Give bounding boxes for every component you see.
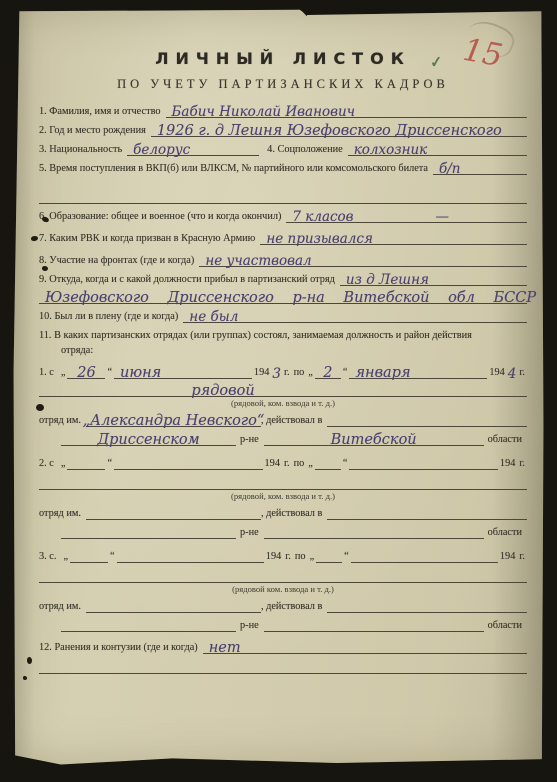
entry1-month2-line: января xyxy=(349,368,487,379)
entry2-month-line xyxy=(114,456,262,470)
form-content: ЛИЧНЫЙ ЛИСТОК ПО УЧЕТУ ПАРТИЗАНСКИХ КАДР… xyxy=(13,9,544,766)
field-units-intro: 11. В каких партизанских отрядах (или гр… xyxy=(39,330,527,342)
field-party-label: 5. Время поступления в ВКП(б) или ВЛКСМ,… xyxy=(39,163,433,175)
entry2-year-printed: 194 xyxy=(263,458,282,470)
entry2-month xyxy=(114,453,126,469)
entry2-acted-label: , действовал в xyxy=(261,508,327,520)
field-education-line: 7 класов — xyxy=(286,212,527,223)
entry1-number: 1. с xyxy=(39,367,59,379)
field-captivity: 10. Был ли в плену (где и когда) не был xyxy=(39,311,527,323)
entry2-unit-line xyxy=(86,519,261,520)
open-quote: „ xyxy=(59,367,68,379)
field-wounds-value: нет xyxy=(203,643,247,653)
entry2-number: 2. с xyxy=(39,458,59,470)
entry3-date-row: 3. с. „ “ 194г. по „ “ 194г. xyxy=(39,549,527,563)
field-units-intro-text: 11. В каких партизанских отрядах (или гр… xyxy=(39,330,472,342)
field-draft-line: не призывался xyxy=(260,234,527,245)
entry3-district-row: р-не области xyxy=(39,620,527,632)
entry2-unit-row: отряд им. , действовал в xyxy=(39,508,527,520)
entry2-day-line xyxy=(67,469,105,470)
entry3-month2-line xyxy=(351,549,498,563)
close-quote: “ xyxy=(341,458,350,470)
entry3-unit-line xyxy=(86,612,261,613)
entry1-unit-name: „Александра Невского“ xyxy=(77,416,271,426)
field-nationality-social: 3. Национальность белорус 4. Соцположени… xyxy=(39,144,527,156)
entry3-rank-line xyxy=(39,570,527,583)
entry3-district-line xyxy=(61,631,236,632)
entry1-acted-line xyxy=(327,426,527,427)
field-nationality-label: 3. Национальность xyxy=(39,144,127,156)
entry3-rank-row xyxy=(39,570,527,583)
field-education-value: 7 класов xyxy=(286,212,359,222)
field-party-line: б/п xyxy=(433,164,527,175)
field-surname-label: 1. Фамилия, имя и отчество xyxy=(39,106,166,118)
form-subtitle: ПО УЧЕТУ ПАРТИЗАНСКИХ КАДРОВ xyxy=(39,77,527,92)
entry2-district-row: р-не области xyxy=(39,527,527,539)
field-captivity-line: не был xyxy=(183,312,527,323)
form-page: ✓ 15 ЛИЧНЫЙ ЛИСТОК ПО УЧЕТУ ПАРТИЗАНСКИХ… xyxy=(13,9,544,766)
field-draft-label: 7. Каким РВК и когда призван в Красную А… xyxy=(39,233,260,245)
close-quote: “ xyxy=(341,367,350,379)
form-title: ЛИЧНЫЙ ЛИСТОК xyxy=(39,49,527,68)
entry1-region-line: Витебской xyxy=(264,435,484,446)
entry2-year-g: г. xyxy=(282,458,292,470)
close-quote: “ xyxy=(105,458,114,470)
entry2-rank-line xyxy=(39,477,527,490)
entry1-day2-line: 2 xyxy=(315,368,341,379)
punch-hole xyxy=(23,676,27,680)
scanned-document: { "header": { "check_mark": "✓", "page_n… xyxy=(0,0,557,782)
field-party: 5. Время поступления в ВКП(б) или ВЛКСМ,… xyxy=(39,163,527,175)
entry1-date-row: 1. с „ 26 “ июня 1943г. по „ 2 “ января … xyxy=(39,367,527,379)
field-fronts-value: не участвовал xyxy=(199,256,317,266)
entry2-month2 xyxy=(349,453,361,469)
entry1-year2-hw: 4 xyxy=(507,369,518,379)
open-quote: „ xyxy=(59,458,68,470)
entry2-rank xyxy=(39,474,51,490)
entry3-unit-label: отряд им. xyxy=(39,601,86,613)
entry2-year2-g: г. xyxy=(517,458,527,470)
field-captivity-value: не был xyxy=(183,312,244,322)
field-birth-label: 2. Год и место рождения xyxy=(39,125,151,137)
field-surname-line: Бабич Николай Иванович xyxy=(166,107,527,118)
field-origin-line: из д Лешня xyxy=(340,275,527,286)
field-fronts-label: 8. Участие на фронтах (где и когда) xyxy=(39,255,199,267)
entry1-year2-g: г. xyxy=(517,367,527,379)
entry2-acted-line xyxy=(327,519,527,520)
entry1-year-g: г. xyxy=(282,367,292,379)
field-origin-line2: Юзефовского Дриссенского р-на Витебской … xyxy=(39,293,527,304)
entry2-date-row: 2. с „ “ 194г. по „ “ 194г. xyxy=(39,456,527,470)
field-origin-value2: Юзефовского Дриссенского р-на Витебской … xyxy=(39,293,542,303)
close-quote: “ xyxy=(105,367,114,379)
field-captivity-label: 10. Был ли в плену (где и когда) xyxy=(39,311,183,323)
field-social-value: колхозник xyxy=(348,145,434,155)
field-education: 6. Образование: общее и военное (что и к… xyxy=(39,211,527,223)
field-party-value: б/п xyxy=(433,164,466,174)
entry3-po: по xyxy=(293,551,308,563)
entry1-month: июня xyxy=(114,368,167,378)
field-origin: 9. Откуда, когда и с какой должности при… xyxy=(39,274,527,286)
entry1-month-line: июня xyxy=(114,368,252,379)
entry2-unit-label: отряд им. xyxy=(39,508,86,520)
close-quote: “ xyxy=(342,551,351,563)
field-origin-value: из д Лешня xyxy=(340,275,435,285)
entry1-rank: рядовой xyxy=(185,386,260,396)
entry1-district-row: Дриссенском р-не Витебской области xyxy=(39,434,527,446)
field-party-continuation-line xyxy=(39,191,527,204)
entry1-region-label: области xyxy=(484,434,527,446)
entry3-acted-label: , действовал в xyxy=(261,601,327,613)
entry3-region-line xyxy=(264,631,484,632)
entry1-month2: января xyxy=(349,368,416,378)
field-draft-value: не призывался xyxy=(260,234,379,244)
field-birth: 2. Год и место рождения 1926 г. д Лешня … xyxy=(39,125,527,137)
field-education-label: 6. Образование: общее и военное (что и к… xyxy=(39,211,286,223)
field-surname: 1. Фамилия, имя и отчество Бабич Николай… xyxy=(39,106,527,118)
entry1-day-line: 26 xyxy=(67,368,105,379)
pin-mark xyxy=(36,404,44,411)
entry1-year-printed: 194 xyxy=(252,367,271,379)
open-quote: „ xyxy=(306,367,315,379)
entry1-district: Дриссенском xyxy=(91,435,205,445)
entry1-year2-printed: 194 xyxy=(487,367,506,379)
entry3-number: 3. с. xyxy=(39,551,61,563)
field-fronts-line: не участвовал xyxy=(199,256,527,267)
open-quote: „ xyxy=(308,551,317,563)
entry3-district-label: р-не xyxy=(236,620,264,632)
open-quote: „ xyxy=(61,551,70,563)
entry3-year2-printed: 194 xyxy=(498,551,517,563)
field-birth-value: 1926 г. д Лешня Юзефовского Дриссенского xyxy=(151,126,508,136)
entry3-month xyxy=(117,546,129,562)
entry3-rank xyxy=(39,567,51,583)
entry3-year-printed: 194 xyxy=(264,551,283,563)
field-social-line: колхозник xyxy=(348,145,527,156)
blank-line xyxy=(39,191,527,204)
entry2-district-line xyxy=(61,538,236,539)
entry1-district-label: р-не xyxy=(236,434,264,446)
entry1-day2: 2 xyxy=(317,368,338,378)
entry2-month2-line xyxy=(349,456,497,470)
entry1-po: по xyxy=(292,367,307,379)
field-social-label: 4. Соцположение xyxy=(259,144,348,156)
blank-line xyxy=(39,661,527,674)
entry3-month2 xyxy=(351,546,363,562)
field-nationality-value: белорус xyxy=(127,145,196,155)
field-wounds-continuation-line xyxy=(39,661,527,674)
entry1-district-line: Дриссенском xyxy=(61,435,236,446)
field-education-dash: — xyxy=(430,212,456,222)
field-fronts: 8. Участие на фронтах (где и когда) не у… xyxy=(39,255,527,267)
field-units-intro2-text: отряда: xyxy=(61,345,93,357)
open-quote: „ xyxy=(306,458,315,470)
entry2-rank-hint: (рядовой, ком. взвода и т. д.) xyxy=(39,492,527,501)
entry3-year-g: г. xyxy=(283,551,293,563)
entry1-rank-line: рядовой xyxy=(39,386,527,397)
entry2-day2-line xyxy=(315,469,341,470)
entry1-day: 26 xyxy=(71,368,101,378)
entry2-rank-row xyxy=(39,477,527,490)
entry3-rank-hint: (рядовой ком. взвода и т. д.) xyxy=(39,585,527,594)
field-origin-label: 9. Откуда, когда и с какой должности при… xyxy=(39,274,340,286)
form-fields: 1. Фамилия, имя и отчество Бабич Николай… xyxy=(39,106,527,674)
entry1-region: Витебской xyxy=(325,435,423,445)
entry3-month-line xyxy=(117,549,264,563)
punch-hole xyxy=(42,266,48,271)
field-origin-line2-rule: Юзефовского Дриссенского р-на Витебской … xyxy=(39,293,527,304)
entry3-region-label: области xyxy=(484,620,527,632)
entry2-year2-printed: 194 xyxy=(498,458,517,470)
entry1-unit-line: „Александра Невского“ xyxy=(86,416,261,427)
entry1-rank-row: рядовой xyxy=(39,386,527,397)
entry2-po: по xyxy=(292,458,307,470)
punch-hole xyxy=(27,657,32,664)
entry1-unit-row: отряд им. „Александра Невского“ , действ… xyxy=(39,415,527,427)
close-quote: “ xyxy=(108,551,117,563)
entry1-year-hw: 3 xyxy=(271,369,282,379)
field-draft: 7. Каким РВК и когда призван в Красную А… xyxy=(39,233,527,245)
entry3-year2-g: г. xyxy=(517,551,527,563)
entry3-day2-line xyxy=(316,562,342,563)
field-birth-line: 1926 г. д Лешня Юзефовского Дриссенского xyxy=(151,126,527,137)
entry2-region-line xyxy=(264,538,484,539)
entry2-district-label: р-не xyxy=(236,527,264,539)
field-surname-value: Бабич Николай Иванович xyxy=(166,107,362,117)
entry1-rank-hint: (рядовой, ком. взвода и т. д.) xyxy=(39,399,527,408)
field-units-intro2: отряда: xyxy=(39,345,527,357)
field-wounds-label: 12. Ранения и контузии (где и когда) xyxy=(39,642,203,654)
entry2-region-label: области xyxy=(484,527,527,539)
field-nationality-line: белорус xyxy=(127,145,259,156)
entry3-unit-row: отряд им. , действовал в xyxy=(39,601,527,613)
field-wounds: 12. Ранения и контузии (где и когда) нет xyxy=(39,642,527,654)
field-wounds-line: нет xyxy=(203,643,527,654)
entry3-acted-line xyxy=(327,612,527,613)
entry3-day-line xyxy=(70,562,108,563)
entry1-acted-label: , действовал в xyxy=(261,415,327,427)
